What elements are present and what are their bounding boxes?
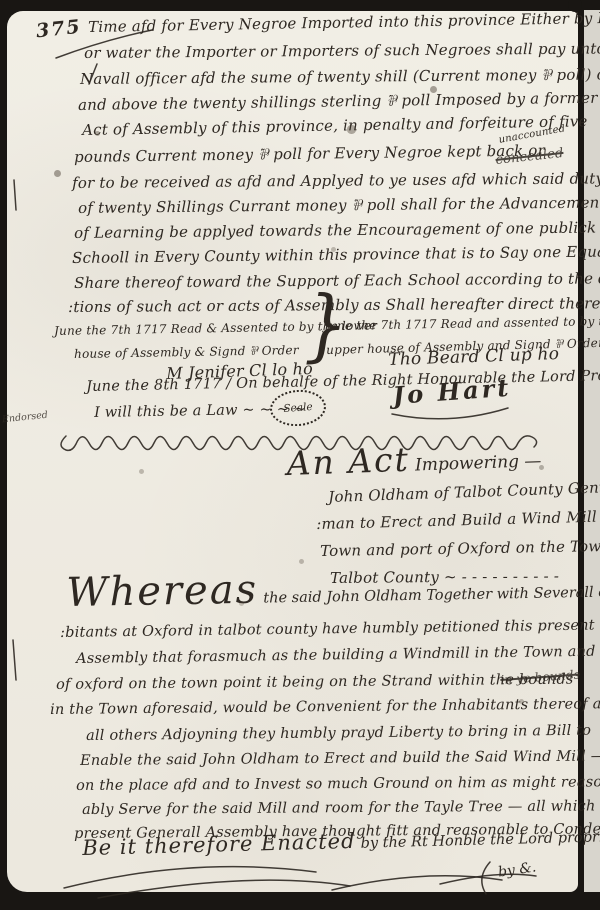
manuscript-line: :tions of such act or acts of Assembly a… — [68, 296, 600, 315]
manuscript-line: pounds Current money ⅌ poll for Every Ne… — [74, 143, 545, 165]
manuscript-line: Enable the said John Oldham to Erect and… — [80, 749, 600, 768]
manuscript-line: John Oldham of Talbot County Gentle, — [328, 480, 600, 505]
manuscript-line: in the Town aforesaid, would be Convenie… — [50, 697, 600, 718]
act-heading-rest: Impowering — — [415, 451, 542, 475]
manuscript-line: house of Assembly & Signd ⅌ Order — [74, 344, 299, 360]
manuscript-line: of oxford on the town point it being on … — [56, 673, 574, 693]
endorsed-margin-note: Endorsed — [2, 410, 49, 426]
manuscript-line: of twenty Shillings Currant money ⅌ poll… — [78, 195, 600, 216]
manuscript-line: ably Serve for the said Mill and room fo… — [82, 799, 600, 817]
manuscript-line: on the place afd and to Invest so much G… — [76, 775, 600, 793]
manuscript-line: Navall officer afd the sume of twenty sh… — [80, 67, 600, 87]
manuscript-line: Schooll in Every County within this prov… — [72, 244, 600, 266]
whereas-rest: the said John Oldham Together with Sever… — [263, 583, 600, 606]
act-heading: An Act Impowering — — [286, 435, 542, 483]
manuscript-line: June the 7th 1717 Read and assented to b… — [324, 315, 600, 332]
page-number: 375 — [35, 16, 83, 43]
manuscript-line: June the 8th 1717 / On behalfe of the Ri… — [86, 368, 600, 395]
ink-specks — [0, 0, 3, 3]
catchword: by &. — [497, 859, 537, 880]
act-heading-large: An Act — [286, 440, 410, 483]
manuscript-line: :bitants at Oxford in talbot county have… — [60, 618, 600, 641]
manuscript-scan: 375 Endorsed } Seale by &. An Act Impowe… — [0, 0, 600, 910]
manuscript-line: Share thereof toward the Support of Each… — [74, 271, 600, 291]
manuscript-page: 375 Endorsed } Seale by &. An Act Impowe… — [0, 0, 600, 910]
manuscript-line: Time afd for Every Negroe Imported into … — [88, 10, 600, 35]
manuscript-line: Talbot County ~ - - - - - - - - - - — [330, 569, 559, 586]
manuscript-line: or water the Importer or Importers of su… — [84, 41, 600, 61]
manuscript-line: for to be received as afd and Applyed to… — [72, 171, 600, 191]
whereas-word: Whereas — [66, 567, 258, 616]
manuscript-line: of Learning be applyed towards the Encou… — [74, 220, 600, 241]
manuscript-line: :man to Erect and Build a Wind Mill in t… — [316, 508, 600, 532]
manuscript-line: I will this be a Law ~ ~ ~ ~ — [94, 402, 306, 420]
manuscript-line: Assembly that forasmuch as the building … — [76, 644, 600, 666]
manuscript-line: and above the twenty shillings sterling … — [78, 91, 598, 113]
clerk-signature-upper: Tho Beard Cl up ho — [388, 346, 559, 369]
manuscript-line: Town and port of Oxford on the Town poin… — [320, 538, 600, 559]
governor-signature: Jo Hart — [392, 376, 512, 408]
manuscript-line: all others Adjoyning they humbly prayd L… — [86, 724, 591, 744]
